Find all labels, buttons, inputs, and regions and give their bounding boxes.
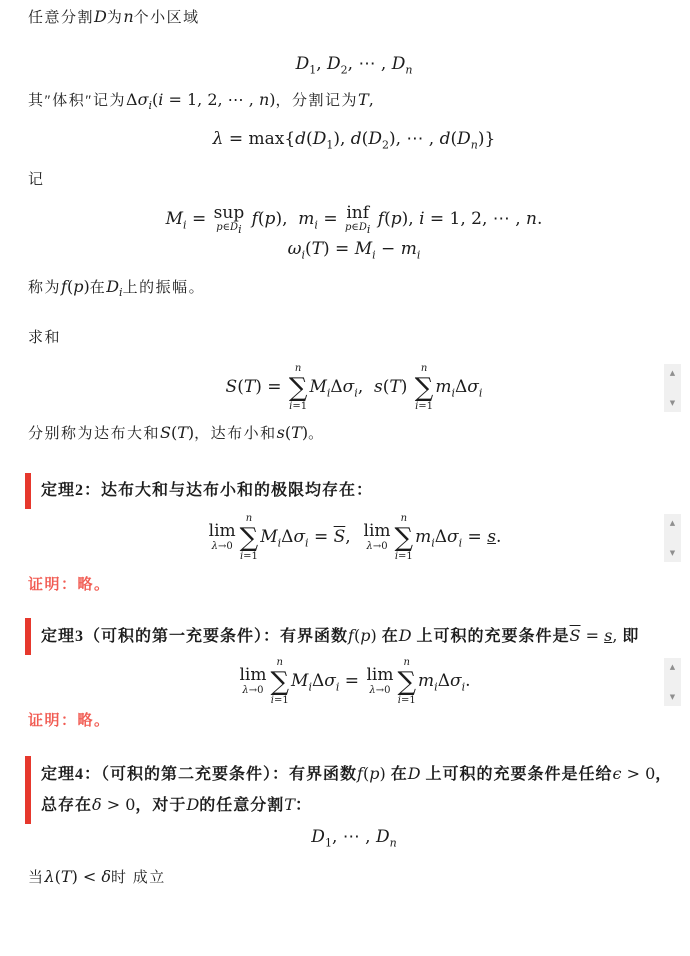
math-roman: , ⋯ , <box>348 54 392 74</box>
math-variable: D <box>408 764 421 783</box>
math-variable: σ <box>293 527 305 547</box>
math-variable: m <box>435 377 451 397</box>
para-condition-holds: 当λ(T) < δ时 成立 <box>28 866 680 889</box>
text-segment: ，对于 <box>135 797 186 814</box>
para-summation: 求和 <box>28 327 680 349</box>
math-roman: ), <box>333 129 350 149</box>
text-segment: ： <box>295 797 312 814</box>
math-roman: − <box>376 239 401 259</box>
math-variable: σ <box>324 671 336 691</box>
math-variable: T <box>389 377 400 397</box>
text-segment: 上的振幅。 <box>123 280 206 296</box>
sigma-icon: ∑ <box>395 525 414 551</box>
math-roman: ) = <box>255 377 287 397</box>
text-segment: ，分割记为 <box>276 93 359 109</box>
text-segment: 证明：略。 <box>28 713 111 729</box>
math-variable: ω <box>288 239 302 259</box>
formula-partition-list: D1, ⋯ , Dn <box>28 826 680 848</box>
math-roman: →0 <box>373 541 388 552</box>
math-roman: = <box>309 527 334 547</box>
overline-expression: S <box>334 527 346 547</box>
operator-name: sup <box>214 205 245 223</box>
math-roman: =1 <box>292 401 307 412</box>
math-roman: )} <box>478 129 495 149</box>
formula-content: λ = max{d(D1), d(D2), ⋯ , d(Dn)} <box>213 129 496 149</box>
math-variable: i <box>238 223 242 236</box>
math-roman: , ⋯ , <box>332 827 376 847</box>
math-variable: D <box>392 54 406 74</box>
math-variable: n <box>390 836 397 849</box>
inline-math: f(p) <box>357 764 386 783</box>
math-subscript: 2 <box>341 63 348 76</box>
formula-content: D1, ⋯ , Dn <box>311 827 396 847</box>
math-variable: T <box>358 90 369 109</box>
math-variable: D <box>399 626 412 645</box>
text-segment: ，达布小和 <box>194 426 277 442</box>
text-segment: 其″体积″记为 <box>28 93 126 109</box>
inline-math: Δσi(i = 1, 2, ⋯ , n) <box>126 90 276 109</box>
math-variable: i <box>417 248 421 261</box>
math-variable: p <box>360 626 370 645</box>
math-variable: S <box>226 377 238 397</box>
math-variable: σ <box>447 527 459 547</box>
sum-operator: n∑i=1 <box>289 363 308 412</box>
math-roman: 2 <box>382 139 389 152</box>
formula-darboux-limits: limλ→0n∑i=1MiΔσi = S, limλ→0n∑i=1miΔσi =… <box>28 513 680 562</box>
math-variable: T <box>244 377 255 397</box>
math-variable: D <box>296 54 310 74</box>
math-roman: =1 <box>274 695 289 706</box>
math-roman: =1 <box>401 695 416 706</box>
math-variable: s <box>277 423 285 442</box>
math-subscript: i <box>238 223 242 236</box>
math-variable: d <box>295 129 306 149</box>
math-variable: T <box>177 423 188 442</box>
math-variable: s <box>487 527 496 547</box>
formula-content: ωi(T) = Mi − mi <box>288 239 421 259</box>
sum-lower-limit: i=1 <box>395 551 413 563</box>
math-subscript: 2 <box>382 139 389 152</box>
math-roman: Δ <box>330 377 342 397</box>
math-roman: = <box>339 671 364 691</box>
math-subscript: n <box>405 63 412 76</box>
math-variable: m <box>401 239 417 259</box>
math-roman: ( <box>306 129 313 149</box>
text-segment: 分别称为达布大和 <box>28 426 160 442</box>
math-variable: T <box>284 795 295 814</box>
text-segment: 在 <box>90 280 107 296</box>
math-variable: λ <box>213 129 224 149</box>
sigma-icon: ∑ <box>397 669 416 695</box>
limit-operator: limλ→0 <box>364 523 391 552</box>
formula-content: S(T) = n∑i=1MiΔσi, s(T) n∑i=1miΔσi <box>226 377 483 397</box>
math-variable: δ <box>92 795 102 814</box>
math-variable: D <box>311 827 325 847</box>
inline-math: S = s, <box>570 626 618 645</box>
scroll-up-button[interactable]: ▲ <box>664 660 681 674</box>
math-variable: T <box>312 239 323 259</box>
inline-math: T, <box>358 90 374 109</box>
math-variable: λ <box>45 867 55 886</box>
math-variable: M <box>291 671 308 691</box>
proof-omitted-2: 证明：略。 <box>28 710 680 732</box>
operator-lower-limit: p∈Di <box>216 222 241 234</box>
operator-lower-limit: λ→0 <box>369 685 390 697</box>
sigma-icon: ∑ <box>415 375 434 401</box>
math-roman: 1 <box>325 836 332 849</box>
formula-content: D1, D2, ⋯ , Dn <box>296 54 413 74</box>
operator-name: lim <box>209 523 236 541</box>
math-variable: M <box>166 209 183 229</box>
math-subscript: n <box>471 139 478 152</box>
math-variable: D <box>94 7 107 26</box>
scroll-down-button[interactable]: ▼ <box>664 690 681 704</box>
math-roman: ) < <box>72 867 102 886</box>
inline-math: s(T) <box>277 423 308 442</box>
operator-name: lim <box>366 667 393 685</box>
text-segment: 求和 <box>28 330 61 346</box>
math-roman: Δ <box>438 671 450 691</box>
text-segment: 在 <box>386 766 408 783</box>
math-roman: . <box>537 209 542 229</box>
inline-math: D <box>186 795 199 814</box>
math-subscript: 1 <box>325 836 332 849</box>
para-partition: 任意分割D为n个小区域 <box>28 6 680 29</box>
math-variable: D <box>106 277 119 296</box>
formula-content: limλ→0n∑i=1MiΔσi = limλ→0n∑i=1miΔσi. <box>237 671 470 691</box>
limit-operator: supp∈Di <box>214 205 245 234</box>
limit-operator: limλ→0 <box>366 667 393 696</box>
math-variable: D <box>230 222 238 233</box>
math-roman: , <box>316 54 327 74</box>
para-volume: 其″体积″记为Δσi(i = 1, 2, ⋯ , n)，分割记为T, <box>28 89 680 112</box>
text-segment: 在 <box>377 628 399 645</box>
math-roman: = <box>462 527 487 547</box>
math-roman: →0 <box>249 685 264 696</box>
text-segment: 的任意分割 <box>199 797 284 814</box>
math-roman: ), ⋯ , <box>389 129 440 149</box>
para-denote: 记 <box>28 169 680 191</box>
math-variable: m <box>415 527 431 547</box>
formula-subregions: D1, D2, ⋯ , Dn <box>28 53 680 75</box>
operator-lower-limit: λ→0 <box>366 541 387 553</box>
operator-name: inf <box>346 205 369 223</box>
sum-lower-limit: i=1 <box>271 695 289 707</box>
text-segment: 为 <box>107 10 124 26</box>
inline-math: f(p) <box>61 277 90 296</box>
operator-lower-limit: λ→0 <box>242 685 263 697</box>
sigma-icon: ∑ <box>270 669 289 695</box>
para-darboux-names: 分别称为达布大和S(T)，达布小和s(T)。 <box>28 422 680 445</box>
math-roman: > 0 <box>102 795 136 814</box>
math-variable: T <box>291 423 302 442</box>
math-subscript: i <box>479 386 483 399</box>
math-roman: = 1, 2, ⋯ , <box>163 90 259 109</box>
inline-math: λ(T) < δ <box>45 867 112 886</box>
theorem-4-title: 定理4：（可积的第二充要条件）：有界函数f(p) 在D 上可积的充要条件是任给ϵ… <box>25 756 680 824</box>
math-roman: =1 <box>398 551 413 562</box>
math-roman: ) <box>401 377 413 397</box>
limit-operator: limλ→0 <box>209 523 236 552</box>
math-roman: Δ <box>455 377 467 397</box>
inline-math: D <box>399 626 412 645</box>
math-variable: ϵ <box>613 764 622 783</box>
math-roman: = <box>581 626 605 645</box>
math-subscript: i <box>417 248 421 261</box>
math-roman: . <box>465 671 470 691</box>
para-amplitude: 称为f(p)在Di上的振幅。 <box>28 276 680 299</box>
sum-operator: n∑i=1 <box>270 657 289 706</box>
math-variable: D <box>457 129 471 149</box>
text-segment: 称为 <box>28 280 61 296</box>
math-variable: n <box>405 63 412 76</box>
math-variable: s <box>374 377 383 397</box>
math-variable: σ <box>467 377 479 397</box>
sum-lower-limit: i=1 <box>289 401 307 413</box>
text-segment: 。 <box>308 426 325 442</box>
proof-omitted-1: 证明：略。 <box>28 574 680 596</box>
operator-lower-limit: p∈Di <box>345 222 370 234</box>
math-roman: = 1, 2, ⋯ , <box>425 209 527 229</box>
math-roman: = <box>187 209 212 229</box>
math-roman: ) = <box>323 239 355 259</box>
math-variable: D <box>376 827 390 847</box>
scroll-down-button[interactable]: ▼ <box>664 396 681 410</box>
math-variable: n <box>526 209 537 229</box>
sum-lower-limit: i=1 <box>240 551 258 563</box>
math-variable: n <box>471 139 478 152</box>
inline-math: D <box>408 764 421 783</box>
math-roman: Δ <box>281 527 293 547</box>
math-roman: ( <box>258 209 265 229</box>
math-roman: Δ <box>312 671 324 691</box>
math-variable: D <box>313 129 327 149</box>
math-roman: = <box>318 209 343 229</box>
math-variable: σ <box>450 671 462 691</box>
text-segment: 时 成立 <box>111 870 166 886</box>
sum-lower-limit: i=1 <box>398 695 416 707</box>
math-variable: δ <box>101 867 111 886</box>
math-roman: 2 <box>341 63 348 76</box>
math-variable: D <box>186 795 199 814</box>
math-roman: , <box>358 377 374 397</box>
formula-content: limλ→0n∑i=1MiΔσi = S, limλ→0n∑i=1miΔσi =… <box>207 527 502 547</box>
inline-math: T <box>284 795 295 814</box>
math-roman: , <box>345 527 361 547</box>
math-variable: σ <box>343 377 355 397</box>
math-roman: Δ <box>126 90 138 109</box>
math-variable: i <box>479 386 483 399</box>
math-variable: T <box>61 867 72 886</box>
operator-lower-limit: λ→0 <box>212 541 233 553</box>
math-variable: m <box>418 671 434 691</box>
math-variable: S <box>160 423 171 442</box>
text-segment: 定理4：（可积的第二充要条件）：有界函数 <box>41 766 357 783</box>
math-roman: ∈ <box>351 222 358 233</box>
text-segment: 定理3（可积的第一充要条件）：有界函数 <box>41 628 348 645</box>
math-roman: ), <box>402 209 419 229</box>
theorem-3-title: 定理3（可积的第一充要条件）：有界函数f(p) 在D 上可积的充要条件是S = … <box>25 618 680 655</box>
text-segment: 定理2：达布大和与达布小和的极限均存在： <box>41 482 373 499</box>
formula-oscillation: ωi(T) = Mi − mi <box>28 238 680 260</box>
math-variable: D <box>359 222 367 233</box>
text-segment: 当 <box>28 870 45 886</box>
math-variable: i <box>367 223 371 236</box>
math-variable: M <box>309 377 326 397</box>
formula-sup-inf: Mi = supp∈Di f(p), mi = infp∈Di f(p), i … <box>28 205 680 234</box>
math-roman: →0 <box>376 685 391 696</box>
inline-math: ϵ > 0 <box>613 764 656 783</box>
math-variable: p <box>369 764 379 783</box>
operator-name: lim <box>239 667 266 685</box>
math-variable: p <box>73 277 83 296</box>
math-variable: n <box>259 90 269 109</box>
math-roman: Δ <box>435 527 447 547</box>
math-variable: d <box>440 129 451 149</box>
scroll-up-button[interactable]: ▲ <box>664 366 681 380</box>
inline-math: f(p) <box>348 626 377 645</box>
inline-math: S(T) <box>160 423 194 442</box>
text-segment: 即 <box>617 628 639 645</box>
scroll-down-button[interactable]: ▼ <box>664 546 681 560</box>
formula-lambda-max: λ = max{d(D1), d(D2), ⋯ , d(Dn)} <box>28 128 680 150</box>
limit-operator: limλ→0 <box>239 667 266 696</box>
math-variable: p <box>265 209 276 229</box>
text-segment: 上可积的充要条件是 <box>412 628 570 645</box>
math-variable: M <box>355 239 372 259</box>
formula-scrollbar[interactable]: ▲▼ <box>664 658 681 706</box>
sum-operator: n∑i=1 <box>397 657 416 706</box>
math-variable: d <box>351 129 362 149</box>
inline-math: Di <box>106 277 122 296</box>
sigma-icon: ∑ <box>240 525 259 551</box>
math-roman: ), <box>275 209 298 229</box>
math-variable: D <box>368 129 382 149</box>
text-segment: 任意分割 <box>28 10 94 26</box>
math-variable: S <box>334 527 346 547</box>
text-segment: 记 <box>28 172 45 188</box>
math-variable: σ <box>138 90 149 109</box>
sum-operator: n∑i=1 <box>240 513 259 562</box>
formula-first-condition: limλ→0n∑i=1MiΔσi = limλ→0n∑i=1miΔσi.▲▼ <box>28 657 680 706</box>
text-segment: 上可积的充要条件是任给 <box>421 766 613 783</box>
page: { "theme": { "accent_red": "#e6382d", "p… <box>0 0 690 956</box>
math-variable: p <box>391 209 402 229</box>
text-segment: 证明：略。 <box>28 577 111 593</box>
math-roman: ( <box>305 239 312 259</box>
math-variable: n <box>123 7 133 26</box>
math-subscript: i <box>367 223 371 236</box>
math-roman: ( <box>237 377 244 397</box>
scroll-up-button[interactable]: ▲ <box>664 516 681 530</box>
theorem-2-title: 定理2：达布大和与达布小和的极限均存在： <box>25 473 680 509</box>
math-roman: =1 <box>243 551 258 562</box>
sum-operator: n∑i=1 <box>415 363 434 412</box>
math-roman: →0 <box>218 541 233 552</box>
formula-scrollbar[interactable]: ▲▼ <box>664 514 681 562</box>
math-variable: S <box>570 626 581 645</box>
operator-name: lim <box>364 523 391 541</box>
sum-operator: n∑i=1 <box>395 513 414 562</box>
math-roman: ∈ <box>223 222 230 233</box>
formula-scrollbar[interactable]: ▲▼ <box>664 364 681 412</box>
math-roman: ( <box>384 209 391 229</box>
math-roman: > 0 <box>622 764 656 783</box>
math-variable: D <box>327 54 341 74</box>
inline-math: D <box>94 7 107 26</box>
math-subscript: n <box>390 836 397 849</box>
formula-darboux-sums: S(T) = n∑i=1MiΔσi, s(T) n∑i=1miΔσi▲▼ <box>28 363 680 412</box>
math-roman: . <box>496 527 501 547</box>
math-roman: , <box>369 90 374 109</box>
inline-math: n <box>123 7 133 26</box>
overline-expression: S <box>570 626 581 645</box>
formula-content: Mi = supp∈Di f(p), mi = infp∈Di f(p), i … <box>166 209 543 229</box>
text-segment: 个小区域 <box>134 10 200 26</box>
document-content: 任意分割D为n个小区域D1, D2, ⋯ , Dn其″体积″记为Δσi(i = … <box>28 6 680 889</box>
math-variable: M <box>260 527 277 547</box>
sigma-icon: ∑ <box>289 375 308 401</box>
inline-math: δ > 0 <box>92 795 135 814</box>
math-variable: m <box>298 209 314 229</box>
underline-expression: s <box>487 527 496 547</box>
math-roman: = max{ <box>223 129 295 149</box>
sum-lower-limit: i=1 <box>415 401 433 413</box>
math-roman: =1 <box>418 401 433 412</box>
limit-operator: infp∈Di <box>345 205 370 234</box>
